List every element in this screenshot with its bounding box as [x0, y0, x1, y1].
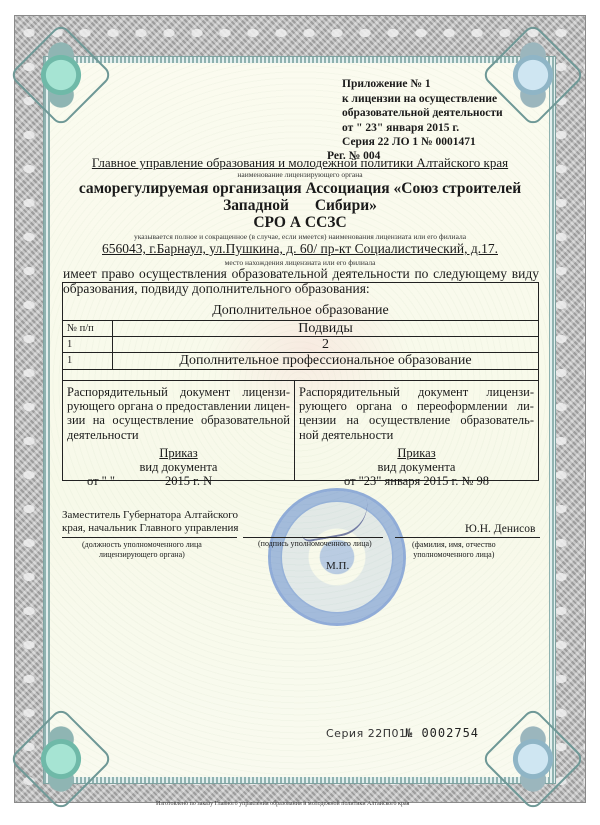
licensing-authority-name: Главное управление образования и молодеж…	[92, 155, 508, 170]
address-text: 656043, г.Барнаул, ул.Пушкина, д. 60/ пр…	[102, 241, 498, 256]
authority-caption: наименование лицензирующего органа	[62, 170, 538, 179]
row-num: 1	[63, 337, 113, 352]
position-caption: (должность уполномоченного лица лицензир…	[82, 540, 202, 560]
grant-doc-type: Приказ	[67, 446, 290, 460]
col-subtypes-header: Подвиды	[113, 321, 538, 336]
signature-underline	[243, 537, 383, 538]
row-num: 1	[63, 353, 113, 369]
signer-position-line2: края, начальник Главного управления	[62, 522, 239, 535]
name-underline	[395, 537, 540, 538]
form-number: № 0002754	[405, 726, 479, 740]
grant-doc-date-prefix: от " "	[67, 474, 147, 488]
doc-line: рующегоорганаопереоформлениили-	[299, 399, 534, 413]
position-caption-line2: лицензирующего органа)	[82, 550, 202, 560]
row-value: Дополнительное профессиональное образова…	[113, 353, 538, 369]
appendix-date: от " 23" января 2015 г.	[342, 121, 503, 136]
doc-line: рующегоорганаопредоставлениилицен-	[67, 399, 290, 413]
signer-position: Заместитель Губернатора Алтайского края,…	[62, 509, 239, 535]
col-num-header: № п/п	[63, 321, 113, 336]
doc-line: деятельности	[67, 428, 290, 442]
appendix-line: к лицензии на осуществление	[342, 92, 503, 107]
documents-row: Распорядительныйдокументлицензи- рующего…	[63, 381, 538, 480]
doc-line: зиинаосуществлениеобразовательной	[67, 413, 290, 427]
reissue-doc-date: от "23" января 2015 г. № 98	[299, 474, 534, 488]
signer-name: Ю.Н. Денисов	[465, 523, 535, 535]
table-row: 1 Дополнительное профессиональное образо…	[63, 353, 538, 370]
name-caption-line2: уполномоченного лица)	[412, 550, 496, 560]
licensee-address: 656043, г.Барнаул, ул.Пушкина, д. 60/ пр…	[62, 241, 538, 257]
reissue-doc-type-caption: вид документа	[299, 460, 534, 474]
education-type-row: Дополнительное образование	[63, 283, 538, 321]
row-value: 2	[113, 337, 538, 352]
grant-doc-date-rest: 2015 г. N	[147, 474, 212, 488]
grant-document-description: Распорядительныйдокументлицензи- рующего…	[67, 385, 290, 442]
education-type: Дополнительное образование	[63, 303, 538, 319]
grant-doc-type-caption: вид документа	[67, 460, 290, 474]
licensing-authority: Главное управление образования и молодеж…	[62, 155, 538, 171]
signer-position-line1: Заместитель Губернатора Алтайского	[62, 509, 239, 522]
appendix-title: Приложение № 1	[342, 77, 503, 92]
reissue-document-cell: Распорядительныйдокументлицензи- рующего…	[295, 381, 538, 480]
grant-document-cell: Распорядительныйдокументлицензи- рующего…	[63, 381, 295, 480]
appendix-line: образовательной деятельности	[342, 106, 503, 121]
education-table: Дополнительное образование № п/п Подвиды…	[62, 282, 539, 481]
reissue-document-description: Распорядительныйдокументлицензи- рующего…	[299, 385, 534, 442]
licensee-name-line1: саморегулируемая организация Ассоциация …	[62, 180, 538, 197]
doc-line: Распорядительныйдокументлицензи-	[67, 385, 290, 399]
grant-doc-date: от " "2015 г. N	[67, 474, 290, 488]
doc-line: цензиинаосуществлениеобразователь-	[299, 413, 534, 427]
licensee-name-line2: Западной Сибири»	[62, 197, 538, 215]
stamp-place-label: М.П.	[326, 560, 349, 572]
doc-line: Распорядительныйдокументлицензи-	[299, 385, 534, 399]
table-row: 1 2	[63, 337, 538, 353]
doc-line: ной деятельности	[299, 428, 534, 442]
table-header-row: № п/п Подвиды	[63, 321, 538, 337]
reissue-doc-type: Приказ	[299, 446, 534, 460]
name-caption: (фамилия, имя, отчество уполномоченного …	[412, 540, 496, 560]
form-series: Серия 22П01	[326, 727, 406, 740]
position-caption-line1: (должность уполномоченного лица	[82, 540, 202, 550]
signature-caption: (подпись уполномоченного лица)	[258, 539, 372, 548]
licensee-caption: указывается полное и сокращенное (в случ…	[62, 232, 538, 241]
table-spacer-row	[63, 370, 538, 381]
appendix-series: Серия 22 ЛО 1 № 0001471	[342, 135, 503, 150]
name-caption-line1: (фамилия, имя, отчество	[412, 540, 496, 550]
printer-note: Изготовлено по заказу Главного управлени…	[156, 801, 409, 807]
licensee-short-name: СРО А ССЗС	[62, 214, 538, 232]
position-underline	[62, 537, 237, 538]
rights-line1: имеетправоосуществленияобразовательнойде…	[63, 266, 539, 281]
appendix-header: Приложение № 1 к лицензии на осуществлен…	[342, 77, 503, 150]
